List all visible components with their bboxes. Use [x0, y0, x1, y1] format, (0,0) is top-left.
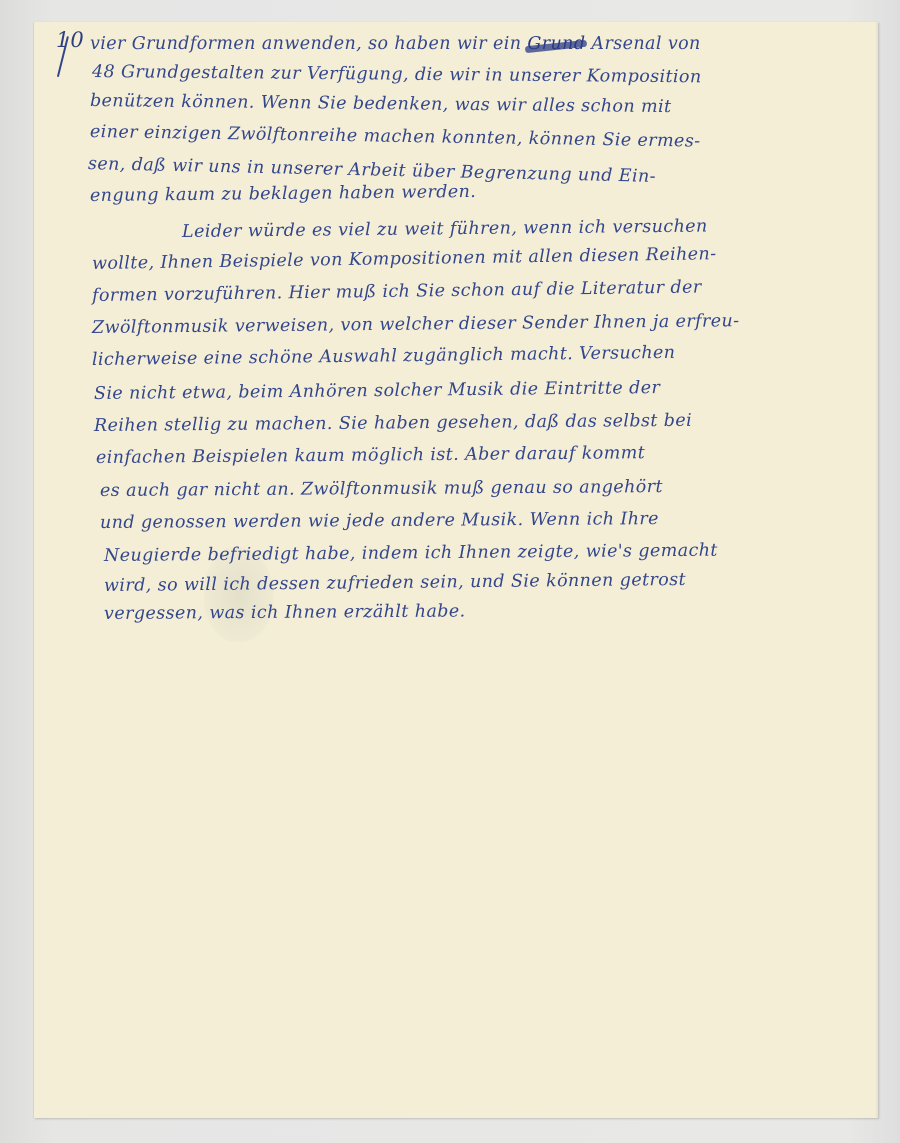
text-line-16: und genossen werden wie jede andere Musi…: [100, 509, 659, 533]
text-line-15: es auch gar nicht an. Zwölftonmusik muß …: [100, 477, 663, 501]
text-line-6: engung kaum zu beklagen haben werden.: [90, 182, 476, 206]
text-line-1-end: Arsenal von: [585, 34, 700, 54]
text-line-1-start: vier Grundformen anwenden, so haben wir …: [90, 34, 527, 54]
text-line-1: vier Grundformen anwenden, so haben wir …: [90, 34, 880, 54]
text-line-19: vergessen, was ich Ihnen erzählt habe.: [104, 601, 466, 624]
page-number: 10: [56, 28, 85, 52]
struck-out-word: Grund: [527, 34, 585, 54]
